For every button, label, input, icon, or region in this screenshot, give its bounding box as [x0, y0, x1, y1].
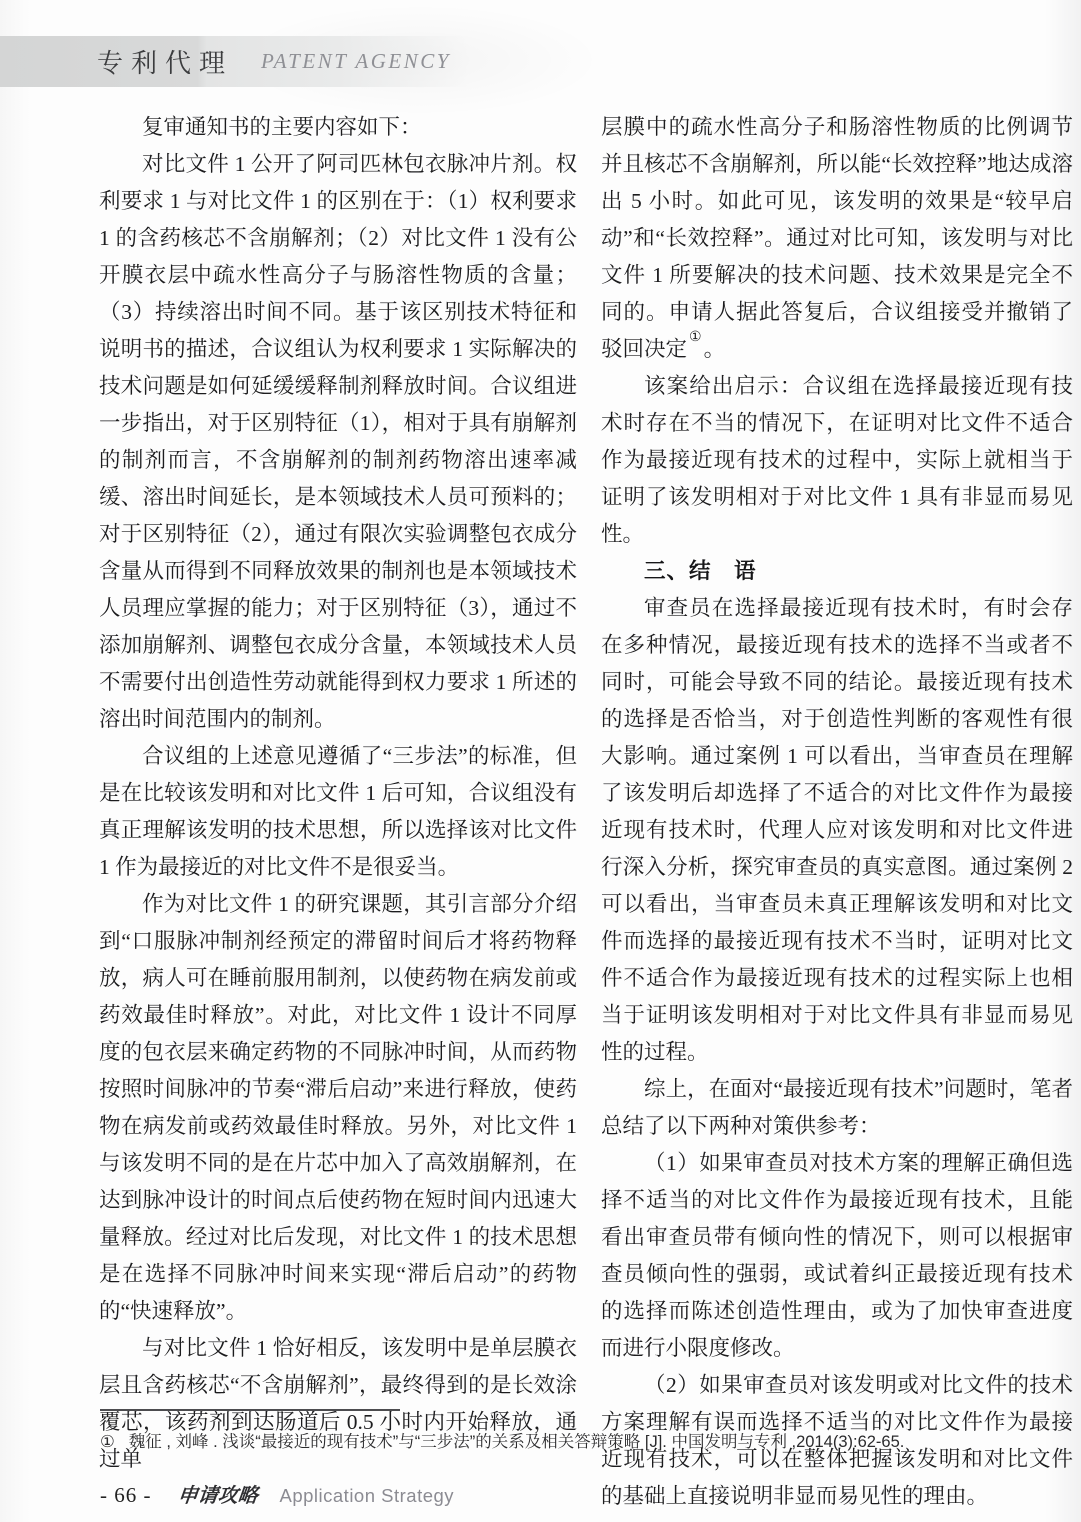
right-column: 层膜中的疏水性高分子和肠溶性物质的比例调节并且核芯不含崩解剂，所以能“长效控释”… [601, 109, 1073, 1515]
paragraph-continued-end: 。 [704, 337, 726, 361]
footnote-divider [100, 1409, 400, 1411]
magazine-page: 专利代理 PATENT AGENCY 复审通知书的主要内容如下： 对比文件 1 … [0, 0, 1081, 1522]
paragraph-continued: 层膜中的疏水性高分子和肠溶性物质的比例调节并且核芯不含崩解剂，所以能“长效控释”… [601, 109, 1073, 368]
footnote-text: 魏征 , 刘峰 . 浅谈“最接近的现有技术”与“三步法”的关系及相关答辩策略 [… [129, 1433, 905, 1451]
footer-column-title-cn: 申请攻略 [176, 1479, 259, 1508]
paragraph-conclusion: 审查员在选择最接近现有技术时，有时会存在多种情况，最接近现有技术的选择不当或者不… [601, 590, 1073, 1071]
paragraph-intro: 复审通知书的主要内容如下： [99, 109, 577, 146]
paragraph-summary: 综上，在面对“最接近现有技术”问题时，笔者总结了以下两种对策供参考： [601, 1071, 1073, 1145]
paragraph-strategy-1: （1）如果审查员对技术方案的理解正确但选择不适当的对比文件作为最接近现有技术，且… [601, 1145, 1073, 1367]
paragraph-continued-text: 层膜中的疏水性高分子和肠溶性物质的比例调节并且核芯不含崩解剂，所以能“长效控释”… [601, 115, 1073, 361]
footnote-ref-marker: ① [689, 330, 702, 345]
section-title-cn: 专利代理 [97, 43, 233, 80]
footnote: ①魏征 , 刘峰 . 浅谈“最接近的现有技术”与“三步法”的关系及相关答辩策略 … [100, 1430, 1010, 1454]
section-title-en: PATENT AGENCY [261, 49, 451, 74]
paragraph-invention-contrast: 与对比文件 1 恰好相反，该发明中是单层膜衣层且含药核芯“不含崩解剂”，最终得到… [99, 1330, 577, 1478]
footnote-number: ① [100, 1433, 115, 1451]
paragraph-reference-topic: 作为对比文件 1 的研究课题，其引言部分介绍到“口服脉冲制剂经预定的滞留时间后才… [99, 886, 577, 1330]
footer-column-title-en: Application Strategy [280, 1485, 455, 1507]
paragraph-lesson: 该案给出启示：合议组在选择最接近现有技术时存在不当的情况下，在证明对比文件不适合… [601, 368, 1073, 553]
left-column: 复审通知书的主要内容如下： 对比文件 1 公开了阿司匹林包衣脉冲片剂。权利要求 … [99, 109, 577, 1478]
section-heading-conclusion: 三、结 语 [601, 553, 1073, 590]
page-number: - 66 - [100, 1483, 152, 1508]
header-band: 专利代理 PATENT AGENCY [0, 36, 470, 87]
paragraph-three-step: 合议组的上述意见遵循了“三步法”的标准，但是在比较该发明和对比文件 1 后可知，… [99, 738, 577, 886]
paragraph-review-notice: 对比文件 1 公开了阿司匹林包衣脉冲片剂。权利要求 1 与对比文件 1 的区别在… [99, 146, 577, 738]
page-footer: - 66 - 申请攻略 Application Strategy [100, 1479, 454, 1508]
